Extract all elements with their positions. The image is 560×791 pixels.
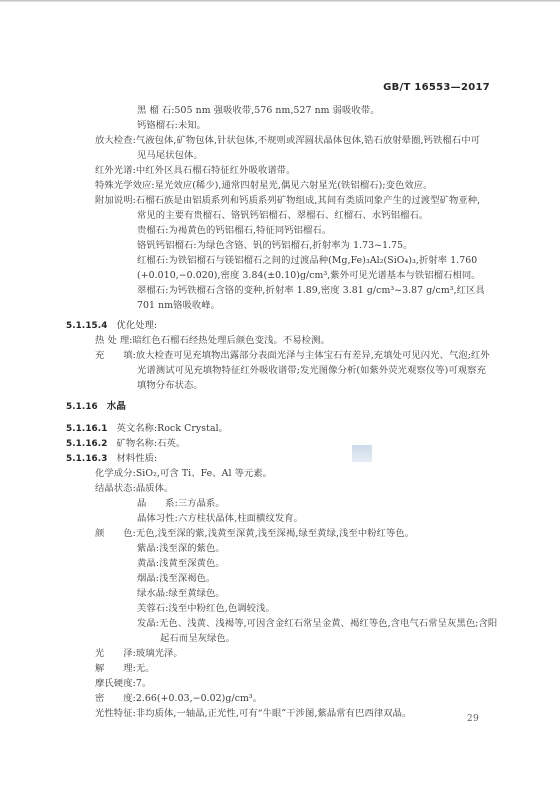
line-text: 填物分布状态。 (137, 380, 203, 391)
doc-line: 发晶:无色、浅黄、浅褐等,可因含金红石常呈金黄、褐红等色,含电气石常呈灰黑色;含… (0, 616, 560, 631)
doc-line: 黑 榴 石:505 nm 强吸收带,576 nm,527 nm 弱吸收带。 (0, 103, 560, 118)
doc-line: 绿水晶:绿至黄绿色。 (0, 586, 560, 601)
line-text: 充 填:放大检查可见充填物出露部分表面光泽与主体宝石有差异,充填处可见闪光、气泡… (95, 350, 490, 361)
line-text: 材料性质: (116, 453, 157, 464)
section-number: 5.1.16.1 (66, 424, 107, 434)
document-content: 黑 榴 石:505 nm 强吸收带,576 nm,527 nm 弱吸收带。钙铬榴… (0, 103, 560, 721)
line-text: 钙铬榴石:未知。 (137, 120, 206, 131)
doc-line: 常见的主要有贵榴石、铬钒钙铝榴石、翠榴石、红榴石、水钙铝榴石。 (0, 208, 560, 223)
doc-line: 结晶状态:晶质体。 (0, 481, 560, 496)
line-text: 晶体习性:六方柱状晶体,柱面横纹发育。 (137, 513, 303, 524)
line-text: 红外光谱:中红外区具石榴石特征红外吸收谱带。 (95, 165, 296, 176)
doc-line: 热 处 理:暗红色石榴石经热处理后颜色变浅。不易检测。 (0, 333, 560, 348)
line-text: 附加说明:石榴石族是由铝质系列和钙质系列矿物组成,其间有类质同象产生的过渡型矿物… (95, 195, 480, 206)
doc-line: 铬钒钙铝榴石:为绿色含铬、钒的钙铝榴石,折射率为 1.73~1.75。 (0, 238, 560, 253)
section-number: 5.1.16.3 (66, 454, 107, 464)
line-text: 解 理:无。 (95, 663, 155, 674)
doc-line: 5.1.16.1英文名称:Rock Crystal。 (0, 421, 560, 436)
line-text: 热 处 理:暗红色石榴石经热处理后颜色变浅。不易检测。 (95, 335, 330, 346)
doc-line: 5.1.15.4优化处理: (0, 318, 560, 333)
section-heading: 5.1.16水晶 (0, 399, 560, 414)
line-text: 芙蓉石:浅至中粉红色,色调较浅。 (137, 603, 275, 614)
doc-line: 5.1.16.2矿物名称:石英。 (0, 436, 560, 451)
line-text: 矿物名称:石英。 (116, 438, 185, 449)
doc-line: 晶 系:三方晶系。 (0, 496, 560, 511)
doc-line: 光谱测试可见充填物特征红外吸收谱带;发光图像分析(如紫外荧光观察仪等)可观察充 (0, 363, 560, 378)
line-text: 烟晶:浅至深褐色。 (137, 573, 215, 584)
doc-line: 附加说明:石榴石族是由铝质系列和钙质系列矿物组成,其间有类质同象产生的过渡型矿物… (0, 193, 560, 208)
line-text: 黑 榴 石:505 nm 强吸收带,576 nm,527 nm 弱吸收带。 (137, 105, 380, 116)
line-text: 晶 系:三方晶系。 (137, 498, 225, 509)
section-number: 5.1.16 (66, 402, 98, 412)
line-text: 红榴石:为铁铝榴石与镁铝榴石之间的过渡品种(Mg,Fe)₃Al₂(SiO₄)₃,… (137, 255, 477, 266)
doc-line: 贵榴石:为褐黄色的钙铝榴石,特征同钙铝榴石。 (0, 223, 560, 238)
doc-line: (+0.010,−0.020),密度 3.84(±0.10)g/cm³,紫外可见… (0, 268, 560, 283)
doc-line: 充 填:放大检查可见充填物出露部分表面光泽与主体宝石有差异,充填处可见闪光、气泡… (0, 348, 560, 363)
line-text: 摩氏硬度:7。 (95, 678, 151, 689)
doc-line: 红榴石:为铁铝榴石与镁铝榴石之间的过渡品种(Mg,Fe)₃Al₂(SiO₄)₃,… (0, 253, 560, 268)
line-text: 水晶 (107, 401, 126, 412)
line-text: 常见的主要有贵榴石、铬钒钙铝榴石、翠榴石、红榴石、水钙铝榴石。 (137, 210, 428, 221)
doc-line: 红外光谱:中红外区具石榴石特征红外吸收谱带。 (0, 163, 560, 178)
section-number: 5.1.16.2 (66, 439, 107, 449)
doc-line: 芙蓉石:浅至中粉红色,色调较浅。 (0, 601, 560, 616)
line-text: (+0.010,−0.020),密度 3.84(±0.10)g/cm³,紫外可见… (137, 270, 481, 281)
doc-line: 摩氏硬度:7。 (0, 676, 560, 691)
line-text: 优化处理: (116, 320, 157, 331)
line-text: 结晶状态:晶质体。 (95, 483, 173, 494)
line-text: 铬钒钙铝榴石:为绿色含铬、钒的钙铝榴石,折射率为 1.73~1.75。 (137, 240, 413, 251)
doc-line: 钙铬榴石:未知。 (0, 118, 560, 133)
line-text: 英文名称:Rock Crystal。 (116, 423, 228, 434)
line-text: 紫晶:浅至深的紫色。 (137, 543, 225, 554)
section-number: 5.1.15.4 (66, 321, 107, 331)
doc-line: 701 nm铬吸收峰。 (0, 298, 560, 313)
page-number: 29 (467, 714, 479, 724)
watermark-stamp (352, 445, 372, 462)
line-text: 绿水晶:绿至黄绿色。 (137, 588, 225, 599)
line-text: 放大检查:气液包体,矿物包体,针状包体,不规则或浑圆状晶体包体,锆石放射晕圈,钙… (95, 135, 480, 146)
line-text: 黄晶:浅黄至深黄色。 (137, 558, 225, 569)
line-text: 颜 色:无色,浅至深的紫,浅黄至深黄,浅至深褐,绿至黄绿,浅至中粉红等色。 (95, 528, 414, 539)
line-text: 光性特征:非均质体,一轴晶,正光性,可有“牛眼”干涉图,紫晶常有巴西律双晶。 (95, 708, 411, 719)
doc-line: 晶体习性:六方柱状晶体,柱面横纹发育。 (0, 511, 560, 526)
doc-line: 密 度:2.66(+0.03,−0.02)g/cm³。 (0, 691, 560, 706)
line-text: 光 泽:玻璃光泽。 (95, 648, 183, 659)
doc-line: 填物分布状态。 (0, 378, 560, 393)
line-text: 光谱测试可见充填物特征红外吸收谱带;发光图像分析(如紫外荧光观察仪等)可观察充 (137, 365, 486, 376)
doc-line: 颜 色:无色,浅至深的紫,浅黄至深黄,浅至深褐,绿至黄绿,浅至中粉红等色。 (0, 526, 560, 541)
standard-number-header: GB/T 16553—2017 (383, 82, 490, 93)
doc-line: 起石而呈灰绿色。 (0, 631, 560, 646)
line-text: 见马尾状包体。 (137, 150, 203, 161)
doc-line: 黄晶:浅黄至深黄色。 (0, 556, 560, 571)
doc-line: 翠榴石:为钙铁榴石含铬的变种,折射率 1.89,密度 3.81 g/cm³~3.… (0, 283, 560, 298)
doc-line: 紫晶:浅至深的紫色。 (0, 541, 560, 556)
line-text: 翠榴石:为钙铁榴石含铬的变种,折射率 1.89,密度 3.81 g/cm³~3.… (137, 285, 485, 296)
line-text: 化学成分:SiO₂,可含 Ti、Fe、Al 等元素。 (95, 468, 272, 479)
doc-line: 解 理:无。 (0, 661, 560, 676)
line-text: 701 nm铬吸收峰。 (137, 300, 220, 311)
doc-line: 见马尾状包体。 (0, 148, 560, 163)
line-text: 密 度:2.66(+0.03,−0.02)g/cm³。 (95, 693, 262, 704)
doc-line: 烟晶:浅至深褐色。 (0, 571, 560, 586)
scan-top-edge (0, 0, 560, 2)
line-text: 发晶:无色、浅黄、浅褐等,可因含金红石常呈金黄、褐红等色,含电气石常呈灰黑色;含… (137, 618, 497, 629)
doc-line: 5.1.16.3材料性质: (0, 451, 560, 466)
line-text: 贵榴石:为褐黄色的钙铝榴石,特征同钙铝榴石。 (137, 225, 331, 236)
line-text: 特殊光学效应:星光效应(稀少),通常四射星光,偶见六射星光(铁铝榴石);变色效应… (95, 180, 433, 191)
line-text: 起石而呈灰绿色。 (160, 633, 235, 644)
doc-line: 特殊光学效应:星光效应(稀少),通常四射星光,偶见六射星光(铁铝榴石);变色效应… (0, 178, 560, 193)
doc-line: 放大检查:气液包体,矿物包体,针状包体,不规则或浑圆状晶体包体,锆石放射晕圈,钙… (0, 133, 560, 148)
doc-line: 光 泽:玻璃光泽。 (0, 646, 560, 661)
doc-line: 化学成分:SiO₂,可含 Ti、Fe、Al 等元素。 (0, 466, 560, 481)
